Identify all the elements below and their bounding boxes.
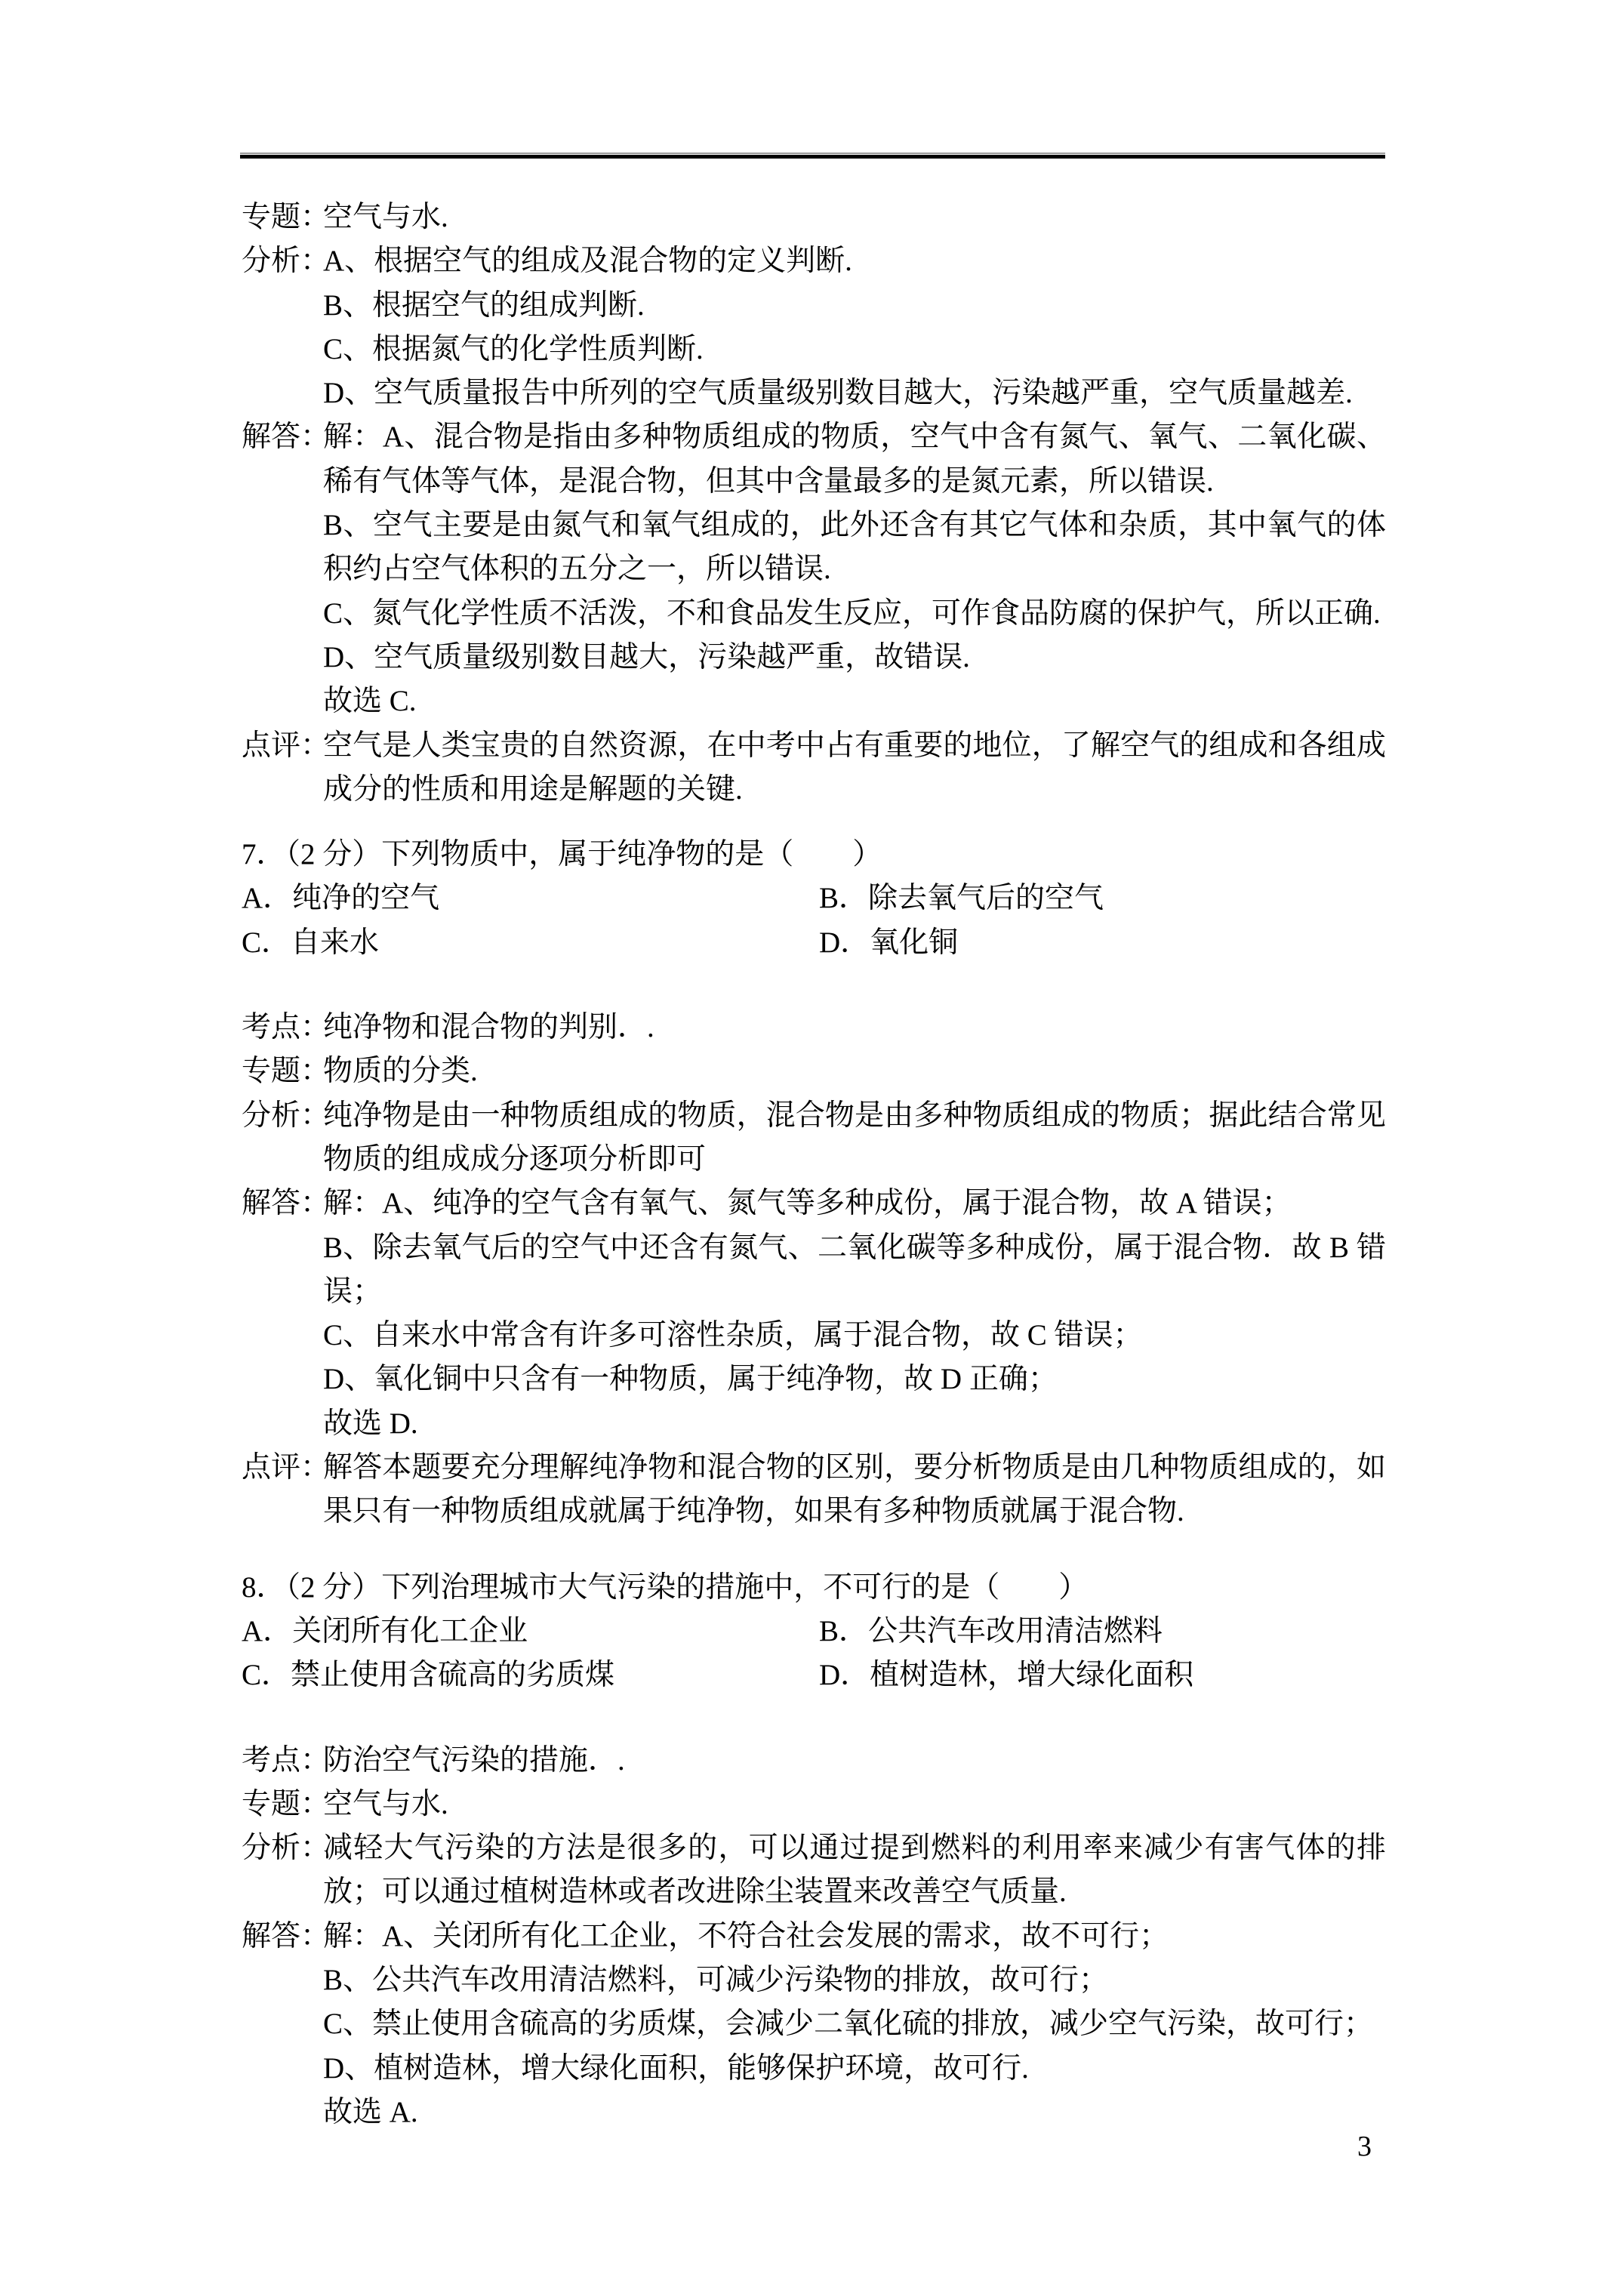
answer-label: 解答： — [242, 1915, 326, 1959]
question-7-section: 7．（2 分）下列物质中，属于纯净物的是（ ） A．纯净的空气 B．除去氧气后的… — [242, 833, 1386, 965]
question-8-option-b: B．公共汽车改用清洁燃料 — [819, 1610, 1386, 1653]
q6-explanation-section: 专题： 空气与水. 分析： A、根据空气的组成及混合物的定义判断. B、根据空气… — [242, 196, 1386, 812]
topic-row: 专题： 空气与水. — [242, 1783, 1386, 1826]
topic-text: 物质的分类. — [323, 1055, 478, 1087]
answer-label: 解答： — [242, 415, 326, 459]
question-7-option-d: D．氧化铜 — [819, 921, 1386, 965]
key-point-text: 纯净物和混合物的判别．. — [323, 1011, 654, 1043]
comment-row: 点评： 解答本题要充分理解纯净物和混合物的区别，要分析物质是由几种物质组成的，如… — [242, 1446, 1386, 1534]
document-page: 专题： 空气与水. 分析： A、根据空气的组成及混合物的定义判断. B、根据空气… — [0, 0, 1623, 2296]
answer-item-b: B、除去氧气后的空气中还含有氮气、二氧化碳等多种成份，属于混合物．故 B 错误； — [242, 1226, 1386, 1314]
analysis-item-b: B、根据空气的组成判断. — [242, 284, 1386, 328]
answer-item-d: D、空气质量级别数目越大，污染越严重，故错误. — [242, 636, 1386, 680]
question-8-options-row-2: C．禁止使用含硫高的劣质煤 D．植树造林，增大绿化面积 — [242, 1653, 1386, 1697]
answer-item-d: D、植树造林，增大绿化面积，能够保护环境，故可行. — [242, 2047, 1386, 2091]
question-8-stem: 8．（2 分）下列治理城市大气污染的措施中，不可行的是（ ） — [242, 1566, 1386, 1610]
comment-label: 点评： — [242, 724, 326, 768]
answer-conclusion: 故选 A. — [242, 2091, 1386, 2134]
analysis-row: 分析： 纯净物是由一种物质组成的物质，混合物是由多种物质组成的物质；据此结合常见… — [242, 1094, 1386, 1182]
question-7-options-row-1: A．纯净的空气 B．除去氧气后的空气 — [242, 877, 1386, 920]
answer-item-a: 解：A、纯净的空气含有氧气、氮气等多种成份，属于混合物，故 A 错误； — [323, 1187, 1292, 1219]
answer-row: 解答： 解：A、纯净的空气含有氧气、氮气等多种成份，属于混合物，故 A 错误； — [242, 1182, 1386, 1225]
page-number: 3 — [1357, 2125, 1372, 2168]
question-7-option-c: C．自来水 — [242, 921, 819, 965]
analysis-item-a: A、根据空气的组成及混合物的定义判断. — [323, 245, 852, 277]
answer-row: 解答： 解：A、关闭所有化工企业，不符合社会发展的需求，故不可行； — [242, 1915, 1386, 1959]
answer-item-c: C、禁止使用含硫高的劣质煤，会减少二氧化硫的排放，减少空气污染，故可行； — [242, 2002, 1386, 2046]
key-point-text: 防治空气污染的措施．. — [323, 1744, 625, 1777]
q7-explanation-section: 考点： 纯净物和混合物的判别．. 专题： 物质的分类. 分析： 纯净物是由一种物… — [242, 1006, 1386, 1534]
analysis-label: 分析： — [242, 1826, 326, 1870]
q8-explanation-section: 考点： 防治空气污染的措施．. 专题： 空气与水. 分析： 减轻大气污染的方法是… — [242, 1739, 1386, 2135]
text-block: 专题： 空气与水. 分析： A、根据空气的组成及混合物的定义判断. B、根据空气… — [242, 196, 1386, 2134]
question-7-option-a: A．纯净的空气 — [242, 877, 819, 920]
key-point-label: 考点： — [242, 1739, 326, 1783]
analysis-label: 分析： — [242, 1094, 326, 1138]
question-8-option-d: D．植树造林，增大绿化面积 — [819, 1653, 1386, 1697]
analysis-row: 分析： A、根据空气的组成及混合物的定义判断. — [242, 239, 1386, 283]
answer-item-a: 解：A、混合物是指由多种物质组成的物质，空气中含有氮气、氧气、二氧化碳、稀有气体… — [323, 421, 1386, 497]
comment-text: 解答本题要充分理解纯净物和混合物的区别，要分析物质是由几种物质组成的，如果只有一… — [323, 1451, 1386, 1527]
topic-row: 专题： 空气与水. — [242, 196, 1386, 239]
answer-item-d: D、氧化铜中只含有一种物质，属于纯净物，故 D 正确； — [242, 1358, 1386, 1401]
key-point-row: 考点： 纯净物和混合物的判别．. — [242, 1006, 1386, 1049]
key-point-label: 考点： — [242, 1006, 326, 1049]
question-8-section: 8．（2 分）下列治理城市大气污染的措施中，不可行的是（ ） A．关闭所有化工企… — [242, 1566, 1386, 1698]
header-divider — [240, 153, 1385, 159]
question-7-stem: 7．（2 分）下列物质中，属于纯净物的是（ ） — [242, 833, 1386, 877]
analysis-text: 纯净物是由一种物质组成的物质，混合物是由多种物质组成的物质；据此结合常见物质的组… — [323, 1099, 1386, 1176]
answer-conclusion: 故选 D. — [242, 1402, 1386, 1446]
answer-row: 解答： 解：A、混合物是指由多种物质组成的物质，空气中含有氮气、氧气、二氧化碳、… — [242, 415, 1386, 504]
question-8-option-c: C．禁止使用含硫高的劣质煤 — [242, 1653, 819, 1697]
comment-label: 点评： — [242, 1446, 326, 1490]
topic-label: 专题： — [242, 1049, 326, 1093]
comment-row: 点评： 空气是人类宝贵的自然资源，在中考中占有重要的地位，了解空气的组成和各组成… — [242, 724, 1386, 812]
analysis-text: 减轻大气污染的方法是很多的，可以通过提到燃料的利用率来减少有害气体的排放；可以通… — [323, 1832, 1386, 1908]
question-7-option-b: B．除去氧气后的空气 — [819, 877, 1386, 920]
topic-label: 专题： — [242, 196, 326, 239]
analysis-label: 分析： — [242, 239, 326, 283]
question-8-option-a: A．关闭所有化工企业 — [242, 1610, 819, 1653]
answer-label: 解答： — [242, 1182, 326, 1225]
analysis-item-d: D、空气质量报告中所列的空气质量级别数目越大，污染越严重，空气质量越差. — [242, 371, 1386, 415]
analysis-row: 分析： 减轻大气污染的方法是很多的，可以通过提到燃料的利用率来减少有害气体的排放… — [242, 1826, 1386, 1915]
topic-text: 空气与水. — [323, 1788, 448, 1820]
analysis-item-c: C、根据氮气的化学性质判断. — [242, 328, 1386, 371]
answer-item-c: C、氮气化学性质不活泼，不和食品发生反应，可作食品防腐的保护气，所以正确. — [242, 592, 1386, 636]
answer-conclusion: 故选 C. — [242, 680, 1386, 723]
answer-item-b: B、空气主要是由氮气和氧气组成的，此外还含有其它气体和杂质，其中氧气的体积约占空… — [242, 504, 1386, 592]
answer-item-b: B、公共汽车改用清洁燃料，可减少污染物的排放，故可行； — [242, 1959, 1386, 2002]
topic-text: 空气与水. — [323, 201, 448, 233]
topic-row: 专题： 物质的分类. — [242, 1049, 1386, 1093]
question-7-options-row-2: C．自来水 D．氧化铜 — [242, 921, 1386, 965]
key-point-row: 考点： 防治空气污染的措施．. — [242, 1739, 1386, 1783]
topic-label: 专题： — [242, 1783, 326, 1826]
comment-text: 空气是人类宝贵的自然资源，在中考中占有重要的地位，了解空气的组成和各组成成分的性… — [323, 729, 1386, 806]
answer-item-c: C、自来水中常含有许多可溶性杂质，属于混合物，故 C 错误； — [242, 1314, 1386, 1358]
question-8-options-row-1: A．关闭所有化工企业 B．公共汽车改用清洁燃料 — [242, 1610, 1386, 1653]
answer-item-a: 解：A、关闭所有化工企业，不符合社会发展的需求，故不可行； — [323, 1920, 1169, 1952]
